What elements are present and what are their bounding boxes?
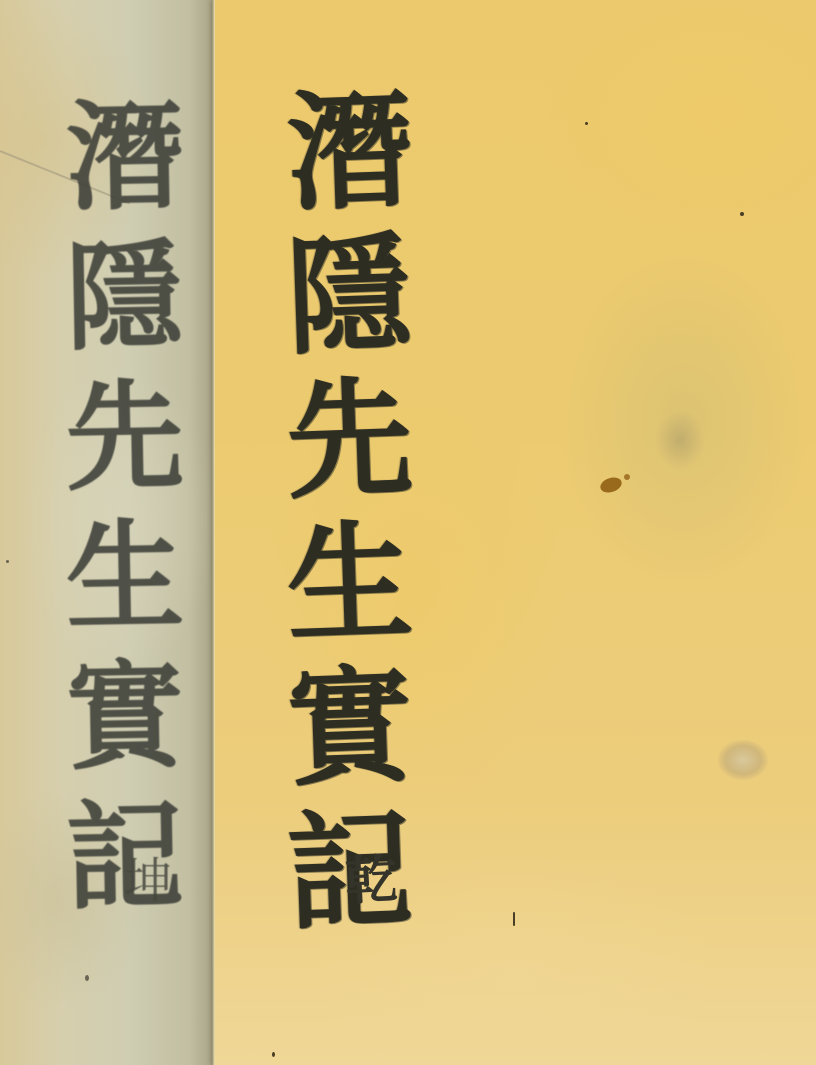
- title-char: 生: [285, 518, 415, 666]
- speck: [272, 1052, 275, 1057]
- speck: [740, 212, 744, 216]
- speck: [85, 975, 89, 981]
- title-char: 生: [65, 517, 185, 659]
- title-char: 先: [285, 374, 415, 522]
- book-covers-photo: 潛 隱 先 生 實 記 坤 潛 隱 先 生 實 記 乾: [0, 0, 816, 1065]
- front-cover-title: 潛 隱 先 生 實 記: [280, 88, 420, 952]
- title-char: 先: [65, 377, 185, 519]
- speck: [513, 912, 515, 926]
- title-char: 實: [285, 662, 415, 810]
- title-char: 隱: [285, 230, 415, 378]
- back-book-cover: 潛 隱 先 生 實 記 坤: [0, 0, 214, 1065]
- gray-stain: [655, 410, 705, 470]
- title-char: 潛: [285, 86, 415, 234]
- front-volume-mark: 乾: [343, 837, 399, 915]
- back-cover-title: 潛 隱 先 生 實 記: [55, 98, 195, 938]
- title-char: 隱: [65, 237, 185, 379]
- title-char: 實: [65, 657, 185, 799]
- speck: [585, 122, 588, 125]
- title-char: 潛: [65, 97, 185, 239]
- brown-stain-dot: [624, 474, 630, 480]
- back-volume-mark: 坤: [124, 842, 172, 911]
- speck: [6, 560, 9, 563]
- paper-flake-damage: [718, 740, 768, 780]
- cover-edge: [212, 0, 215, 1065]
